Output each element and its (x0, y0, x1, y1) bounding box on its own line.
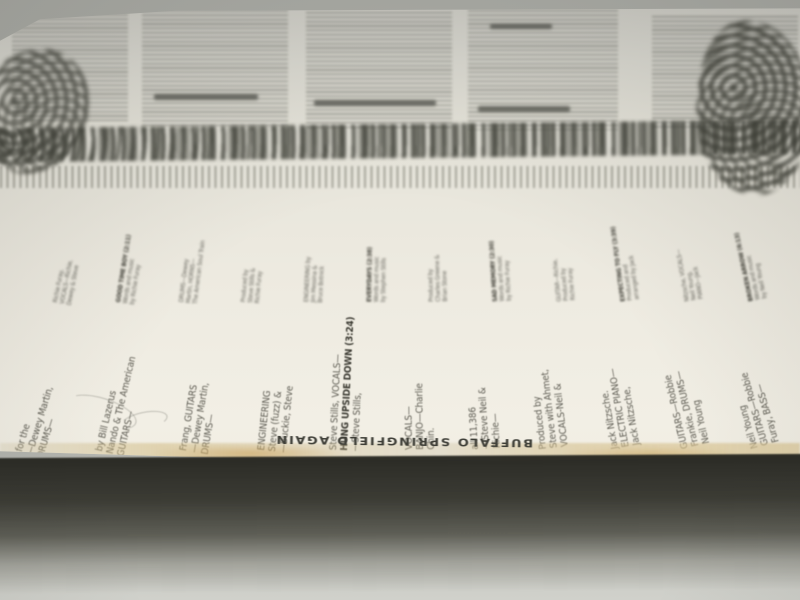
liner-notes-column: Neil YoungGUITARS—RobbieFuray, BASS— (729, 368, 782, 450)
liner-notes-column: Jack Nitzsche.ELECTRIC PIANO—Jack Nitzsc… (596, 366, 642, 450)
photo: for the—Dewey Martin,DRUMS—by Bill Lazer… (0, 0, 800, 600)
column-tops-hatch (0, 166, 800, 188)
far-text-block (306, 12, 452, 130)
far-bold-heading (154, 94, 258, 100)
far-text-block (468, 10, 618, 130)
liner-notes-column: Produced bySteve Stills &Richie Furay (240, 267, 264, 304)
liner-notes-column: GUITAR—Richie,Produced byRichie Furay (552, 257, 577, 302)
liner-notes-column: Produced byCharles Greene &Brian Stone (427, 255, 449, 302)
cover-shadow (0, 454, 800, 600)
liner-notes-line: Bruce Botnick (317, 257, 326, 303)
liner-notes-column: BROKEN ARROW (6:13)Words and musicby Nei… (734, 229, 769, 302)
liner-notes-column: Richie Furay,VOCALS—Richie,Dewey & Steve (52, 258, 81, 306)
liner-notes-line: Brian Stone (441, 255, 449, 302)
liner-notes-column: DRUMS—DeweyMartin, HORNS—The American So… (178, 238, 207, 304)
liner-notes-column: Nitzsche, VOCALS—Neil Young,PIANO—Jack (675, 246, 705, 302)
liner-notes-column: ENGINEERING byJim Messina &Bruce Botnick (303, 257, 326, 303)
ornate-border-garland (0, 120, 800, 163)
liner-notes-column: GUITARS—RobbieFrankie, DRUMS—Neil Young (663, 367, 713, 450)
far-bold-heading (490, 24, 552, 29)
far-bold-heading (478, 106, 570, 112)
far-bold-heading (314, 100, 436, 106)
far-text-block (142, 10, 288, 128)
liner-notes-column: EVERYDAYS (2:38)Words and musicby Stephe… (366, 247, 388, 302)
liner-notes-column: SAD MEMORY (2:30)Words and musicby Richi… (488, 240, 513, 302)
liner-notes-column: Steve Stills, VOCALS—HUNG UPSIDE DOWN (3… (328, 316, 367, 452)
liner-notes-line: by Stephen Stills (380, 247, 388, 302)
liner-notes-line: Richie Furay (254, 268, 264, 303)
liner-notes-column: GOOD TIME BOY (2:11)Words and musicby Ri… (115, 234, 147, 305)
liner-notes-column: EXPECTING TO FLY (3:39)Produced andarran… (610, 224, 641, 302)
